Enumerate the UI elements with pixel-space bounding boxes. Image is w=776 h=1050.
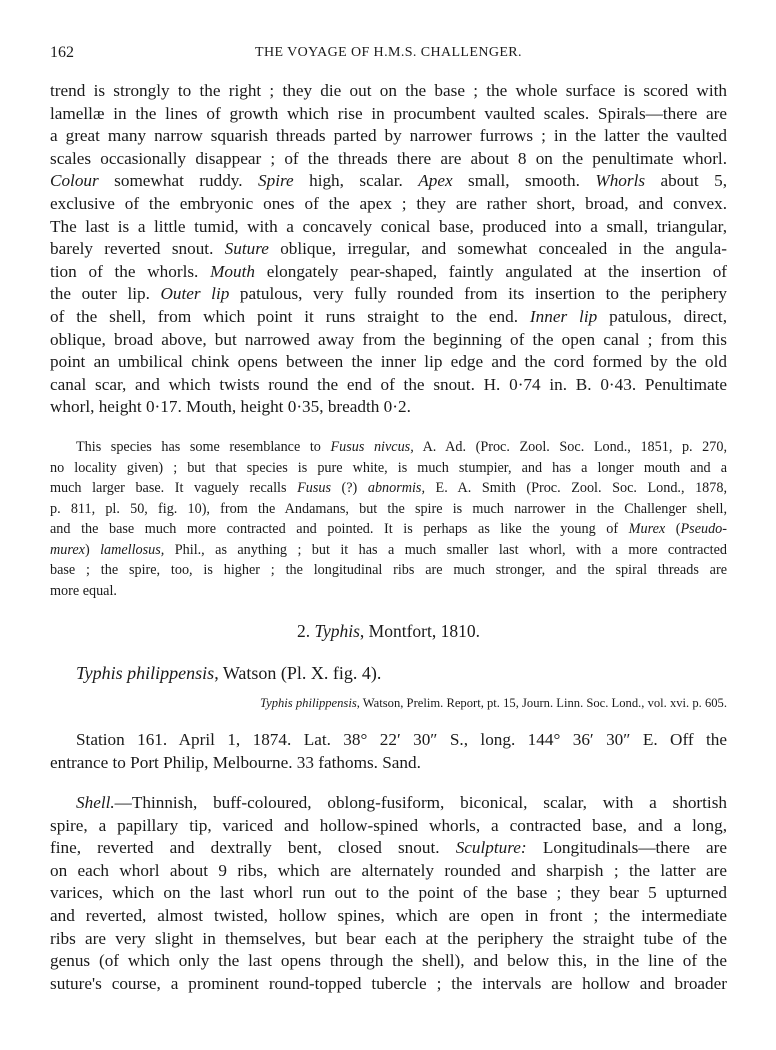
term-suture: Suture bbox=[225, 239, 269, 258]
text-line: Colour somewhat ruddy. Spire high, scala… bbox=[50, 170, 727, 193]
synonym-citation: , Watson, Prelim. Report, pt. 15, Journ.… bbox=[357, 696, 727, 710]
description-continued: trend is strongly to the right ; they di… bbox=[50, 80, 727, 419]
term-whorls: Whorls bbox=[595, 171, 645, 190]
running-head: 162 THE VOYAGE OF H.M.S. CHALLENGER. bbox=[50, 43, 727, 63]
text-line: spire, a papillary tip, variced and holl… bbox=[50, 815, 727, 838]
taxon-name: Murex bbox=[629, 521, 666, 537]
text-line: genus (of which only the last opens thro… bbox=[50, 950, 727, 973]
text-line: Shell.—Thinnish, buff-coloured, oblong-f… bbox=[50, 792, 727, 815]
text-line: murex) lamellosus, Phil., as anything ; … bbox=[50, 540, 727, 561]
synonym-name: Typhis philippensis bbox=[260, 696, 357, 710]
text-line: whorl, height 0·17. Mouth, height 0·35, … bbox=[50, 396, 727, 419]
text-line: base ; the spire, too, is higher ; the l… bbox=[50, 560, 727, 581]
genus-heading: 2. Typhis, Montfort, 1810. bbox=[50, 620, 727, 642]
text-line: trend is strongly to the right ; they di… bbox=[50, 80, 727, 103]
text-line: of the shell, from which point it runs s… bbox=[50, 306, 727, 329]
genus-authority: , Montfort, 1810. bbox=[360, 621, 480, 641]
term-inner-lip: Inner lip bbox=[530, 307, 597, 326]
synonymy-reference: Typhis philippensis, Watson, Prelim. Rep… bbox=[50, 694, 727, 712]
text-line: much larger base. It vaguely recalls Fus… bbox=[50, 478, 727, 499]
remarks-paragraph: This species has some resemblance to Fus… bbox=[50, 437, 727, 601]
text-line: and reverted, almost twisted, hollow spi… bbox=[50, 905, 727, 928]
taxon-name: Fusus nivcus, bbox=[330, 439, 413, 455]
running-title: THE VOYAGE OF H.M.S. CHALLENGER. bbox=[50, 43, 727, 63]
text-line: barely reverted snout. Suture oblique, i… bbox=[50, 238, 727, 261]
station-record: Station 161. April 1, 1874. Lat. 38° 22′… bbox=[50, 729, 727, 774]
shell-description: Shell.—Thinnish, buff-coloured, oblong-f… bbox=[50, 792, 727, 995]
text-line: Station 161. April 1, 1874. Lat. 38° 22′… bbox=[50, 729, 727, 752]
text-line: exclusive of the embryonic ones of the a… bbox=[50, 193, 727, 216]
taxon-name: Pseudo- bbox=[681, 521, 728, 537]
term-sculpture: Sculpture: bbox=[456, 838, 527, 857]
genus-number: 2. bbox=[297, 621, 315, 641]
text-line: fine, reverted and dextrally bent, close… bbox=[50, 837, 727, 860]
text-line: The last is a little tumid, with a conca… bbox=[50, 216, 727, 239]
text-line: lamellæ in the lines of growth which ris… bbox=[50, 103, 727, 126]
text-line: entrance to Port Philip, Melbourne. 33 f… bbox=[50, 752, 727, 775]
species-heading: Typhis philippensis, Watson (Pl. X. fig.… bbox=[76, 662, 381, 684]
text-line: no locality given) ; but that species is… bbox=[50, 458, 727, 479]
text-line: canal scar, and which twists round the e… bbox=[50, 374, 727, 397]
text-line: point an umbilical chink opens between t… bbox=[50, 351, 727, 374]
taxon-name: lamellosus, bbox=[100, 542, 164, 558]
taxon-name: abnormis, bbox=[368, 480, 425, 496]
term-colour: Colour bbox=[50, 171, 99, 190]
text-line: tion of the whorls. Mouth elongately pea… bbox=[50, 261, 727, 284]
taxon-name: murex bbox=[50, 542, 85, 558]
text-line: This species has some resemblance to Fus… bbox=[50, 437, 727, 458]
text-line: oblique, broad above, but narrowed away … bbox=[50, 329, 727, 352]
term-mouth: Mouth bbox=[210, 262, 255, 281]
text-line: a great many narrow squarish threads par… bbox=[50, 125, 727, 148]
text-line: the outer lip. Outer lip patulous, very … bbox=[50, 283, 727, 306]
genus-name: Typhis bbox=[315, 621, 360, 641]
term-shell: Shell. bbox=[76, 793, 115, 812]
term-outer-lip: Outer lip bbox=[161, 284, 230, 303]
text-line: and the base much more contracted and po… bbox=[50, 519, 727, 540]
text-line: ribs are very slight in themselves, but … bbox=[50, 928, 727, 951]
text-line: more equal. bbox=[50, 581, 727, 602]
text-line: p. 811, pl. 50, fig. 10), from the Andam… bbox=[50, 499, 727, 520]
text-line: scales occasionally disappear ; of the t… bbox=[50, 148, 727, 171]
term-apex: Apex bbox=[418, 171, 452, 190]
species-authority: , Watson (Pl. X. fig. 4). bbox=[214, 663, 381, 683]
text-line: on each whorl about 9 ribs, which are al… bbox=[50, 860, 727, 883]
species-name: Typhis philippensis bbox=[76, 663, 214, 683]
taxon-name: Fusus bbox=[297, 480, 331, 496]
text-line: suture's course, a prominent round-toppe… bbox=[50, 973, 727, 996]
text-line: varices, which on the last whorl run out… bbox=[50, 882, 727, 905]
term-spire: Spire bbox=[258, 171, 294, 190]
